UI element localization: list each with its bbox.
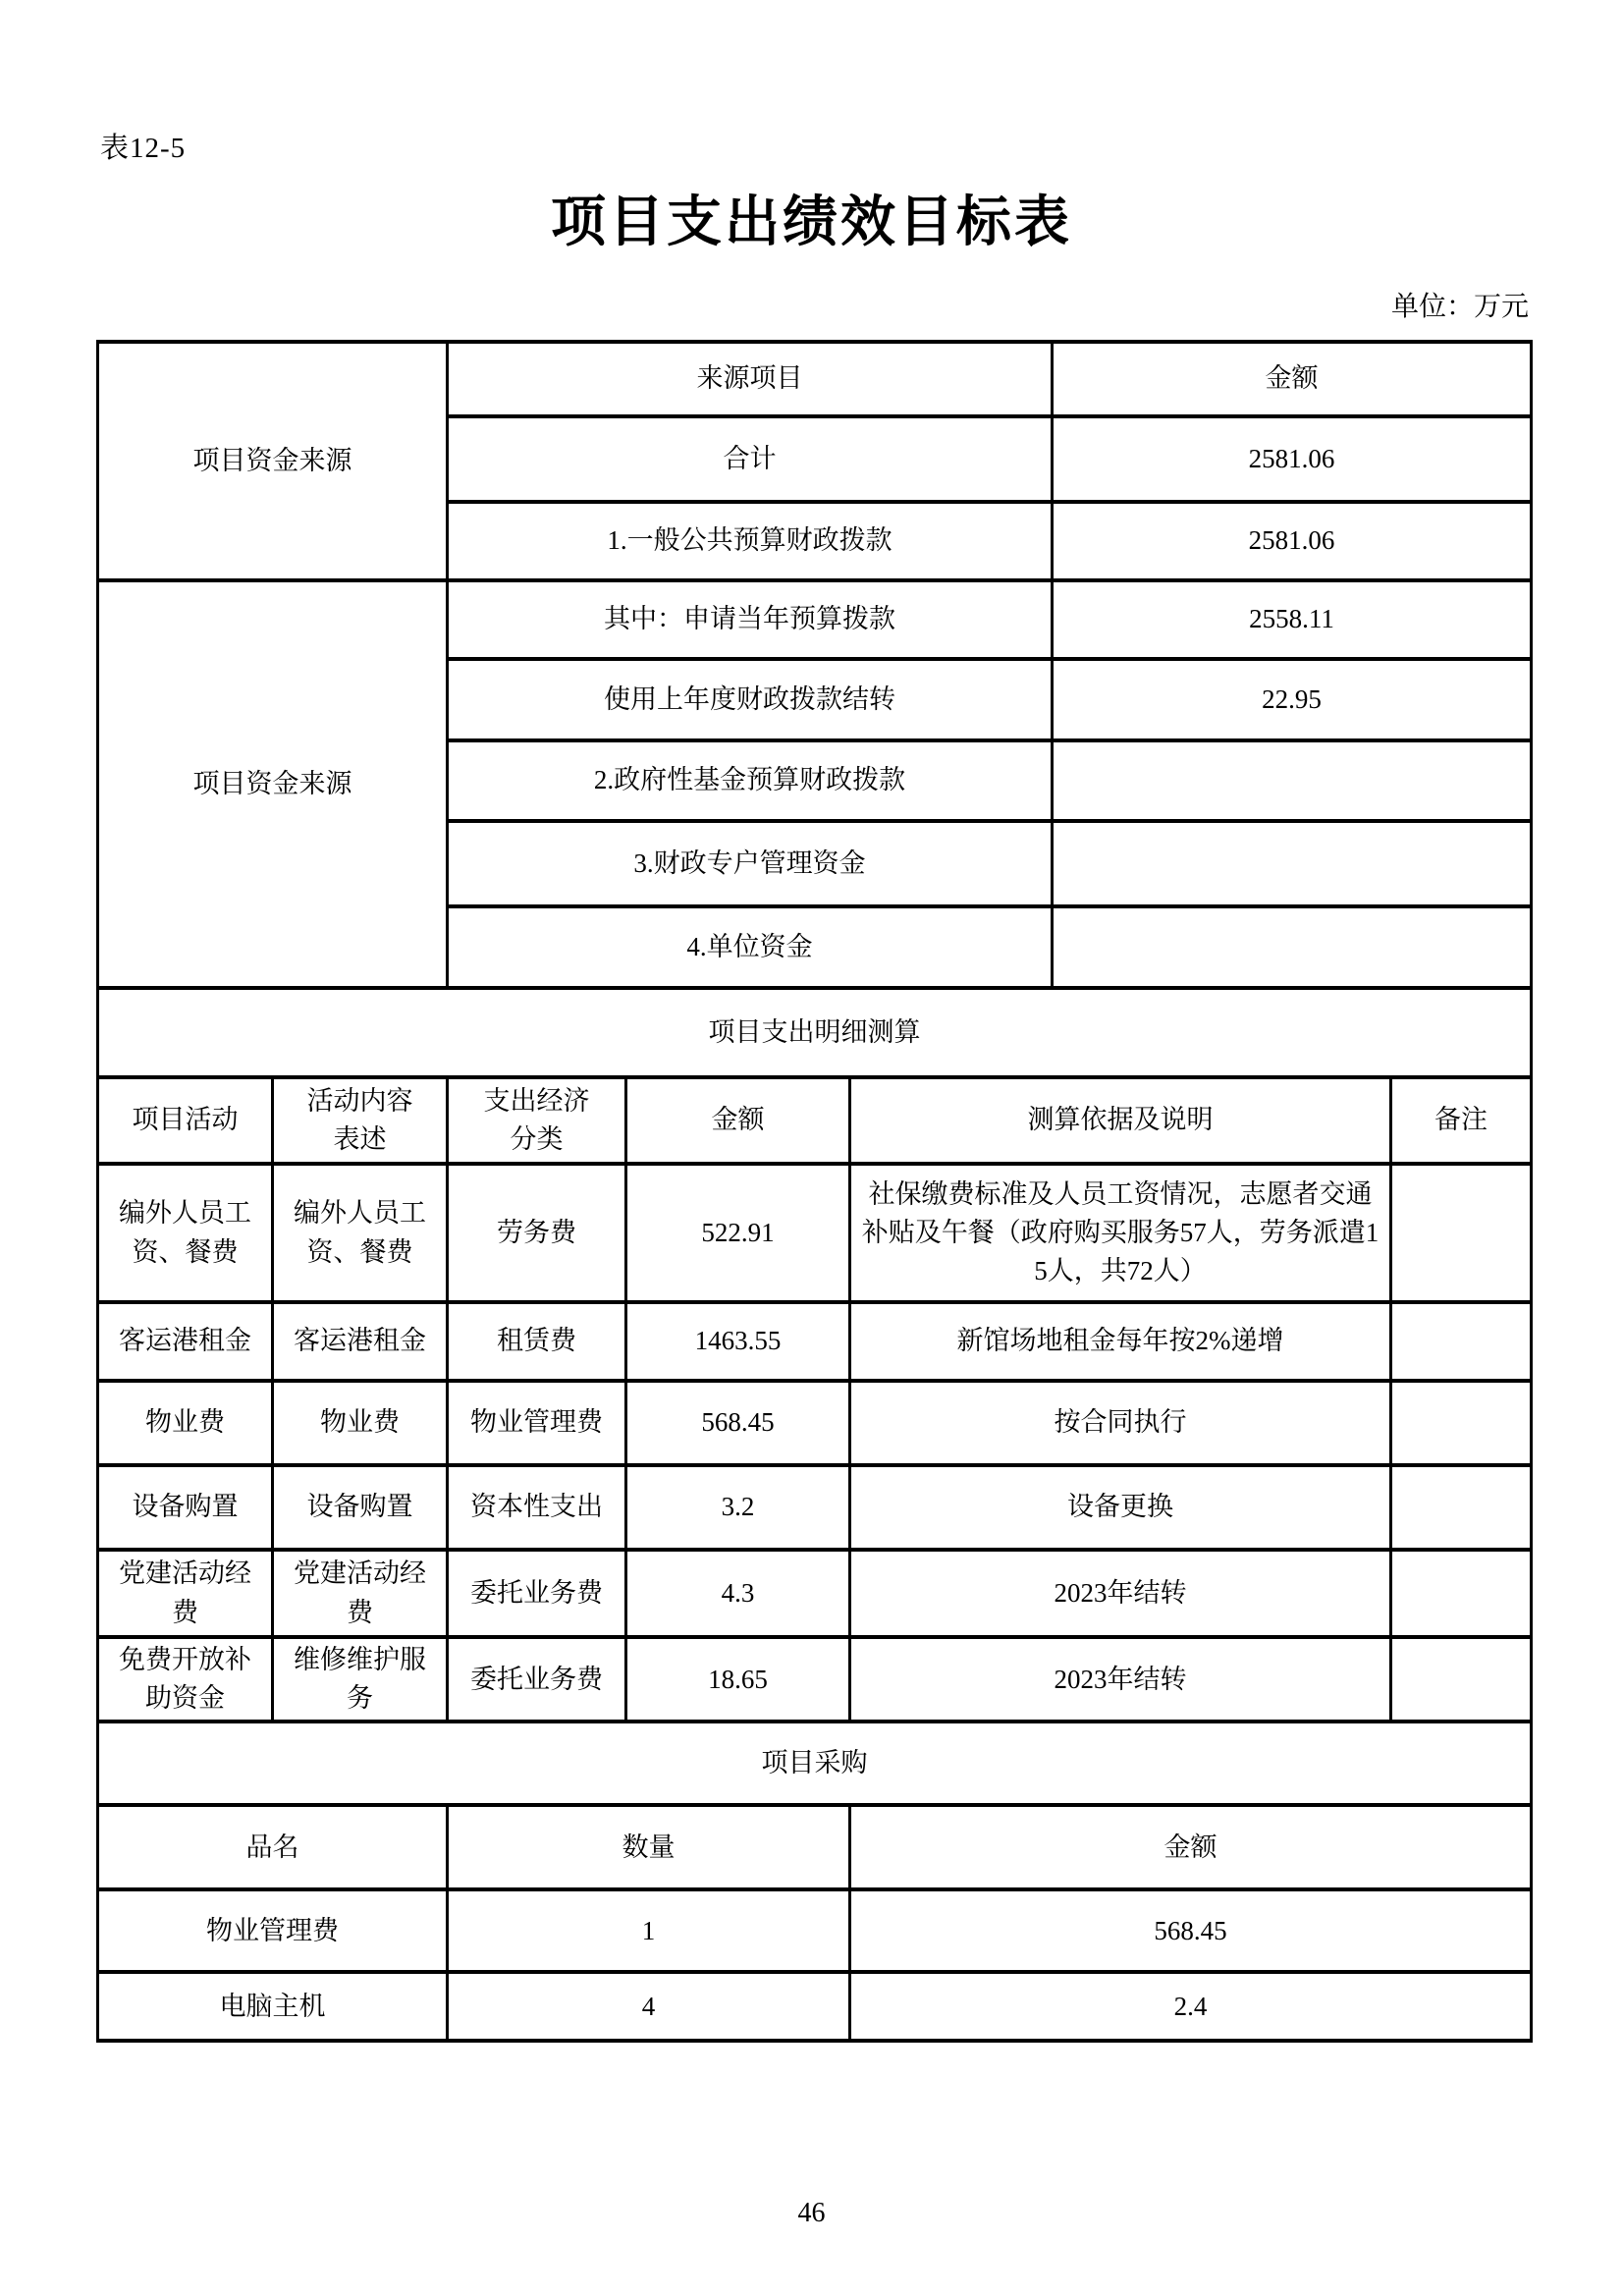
detail-row: 免费开放补助资金 维修维护服务 委托业务费 18.65 2023年结转	[98, 1637, 1532, 1722]
detail-amount-cell: 18.65	[626, 1637, 850, 1722]
detail-header-basis: 测算依据及说明	[850, 1077, 1391, 1164]
funding-source-rowheader-cell: 项目资金来源	[98, 580, 448, 988]
detail-section-banner: 项目支出明细测算	[98, 988, 1532, 1077]
procurement-header-quantity: 数量	[448, 1805, 850, 1889]
detail-remark-cell	[1391, 1302, 1532, 1381]
detail-row: 党建活动经费 党建活动经费 委托业务费 4.3 2023年结转	[98, 1550, 1532, 1637]
detail-remark-cell	[1391, 1637, 1532, 1722]
procurement-header-item-name: 品名	[98, 1805, 448, 1889]
detail-activity-cell: 编外人员工资、餐费	[98, 1164, 273, 1302]
funding-amount-cell	[1053, 906, 1532, 988]
detail-expense-class-cell: 委托业务费	[448, 1550, 626, 1637]
detail-expense-class-cell: 租赁费	[448, 1302, 626, 1381]
funding-amount-cell: 2581.06	[1053, 502, 1532, 580]
detail-activity-desc-cell: 党建活动经费	[273, 1550, 448, 1637]
detail-row: 客运港租金 客运港租金 租赁费 1463.55 新馆场地租金每年按2%递增	[98, 1302, 1532, 1381]
detail-amount-cell: 522.91	[626, 1164, 850, 1302]
funding-source-rowheader-cell: 项目资金来源	[98, 342, 448, 580]
procurement-banner-row: 项目采购	[98, 1722, 1532, 1805]
detail-activity-desc-cell: 客运港租金	[273, 1302, 448, 1381]
detail-header-remark: 备注	[1391, 1077, 1532, 1164]
detail-banner-row: 项目支出明细测算	[98, 988, 1532, 1077]
unit-note: 单位：万元	[1391, 285, 1529, 324]
funding-label-cell: 3.财政专户管理资金	[448, 821, 1053, 906]
detail-activity-desc-cell: 设备购置	[273, 1465, 448, 1550]
page-title: 项目支出绩效目标表	[0, 179, 1623, 257]
detail-basis-cell: 新馆场地租金每年按2%递增	[850, 1302, 1391, 1381]
performance-target-table: 项目资金来源 来源项目 金额 合计 2581.06 1.一般公共预算财政拨款 2…	[96, 340, 1533, 2043]
document-page: 表12-5 项目支出绩效目标表 单位：万元 项目资金来源 来源项目 金额 合计 …	[0, 0, 1623, 2296]
funding-label-cell: 1.一般公共预算财政拨款	[448, 502, 1053, 580]
funding-label-cell: 4.单位资金	[448, 906, 1053, 988]
procurement-item-name-cell: 物业管理费	[98, 1889, 448, 1972]
detail-activity-desc-cell: 物业费	[273, 1381, 448, 1465]
funding-header-row: 项目资金来源 来源项目 金额	[98, 342, 1532, 416]
detail-basis-cell: 2023年结转	[850, 1637, 1391, 1722]
detail-expense-class-cell: 物业管理费	[448, 1381, 626, 1465]
detail-row: 编外人员工资、餐费 编外人员工资、餐费 劳务费 522.91 社保缴费标准及人员…	[98, 1164, 1532, 1302]
detail-basis-cell: 设备更换	[850, 1465, 1391, 1550]
procurement-amount-cell: 568.45	[850, 1889, 1532, 1972]
procurement-amount-cell: 2.4	[850, 1972, 1532, 2041]
detail-activity-desc-cell: 编外人员工资、餐费	[273, 1164, 448, 1302]
detail-basis-cell: 社保缴费标准及人员工资情况，志愿者交通补贴及午餐（政府购买服务57人，劳务派遣1…	[850, 1164, 1391, 1302]
procurement-item-name-cell: 电脑主机	[98, 1972, 448, 2041]
detail-amount-cell: 1463.55	[626, 1302, 850, 1381]
detail-expense-class-cell: 劳务费	[448, 1164, 626, 1302]
detail-row: 物业费 物业费 物业管理费 568.45 按合同执行	[98, 1381, 1532, 1465]
table-number-label: 表12-5	[100, 126, 186, 166]
detail-header-amount: 金额	[626, 1077, 850, 1164]
procurement-row: 物业管理费 1 568.45	[98, 1889, 1532, 1972]
detail-activity-cell: 客运港租金	[98, 1302, 273, 1381]
detail-header-expense-class: 支出经济 分类	[448, 1077, 626, 1164]
detail-remark-cell	[1391, 1550, 1532, 1637]
procurement-quantity-cell: 1	[448, 1889, 850, 1972]
procurement-header-row: 品名 数量 金额	[98, 1805, 1532, 1889]
funding-label-cell: 2.政府性基金预算财政拨款	[448, 740, 1053, 821]
detail-header-row: 项目活动 活动内容 表述 支出经济 分类 金额 测算依据及说明 备注	[98, 1077, 1532, 1164]
detail-header-activity: 项目活动	[98, 1077, 273, 1164]
funding-label-cell: 合计	[448, 416, 1053, 502]
funding-amount-cell: 2558.11	[1053, 580, 1532, 659]
detail-activity-desc-cell: 维修维护服务	[273, 1637, 448, 1722]
detail-amount-cell: 568.45	[626, 1381, 850, 1465]
funding-label-cell: 其中：申请当年预算拨款	[448, 580, 1053, 659]
detail-activity-cell: 免费开放补助资金	[98, 1637, 273, 1722]
source-item-header-cell: 来源项目	[448, 342, 1053, 416]
detail-basis-cell: 2023年结转	[850, 1550, 1391, 1637]
detail-remark-cell	[1391, 1465, 1532, 1550]
procurement-row: 电脑主机 4 2.4	[98, 1972, 1532, 2041]
detail-activity-cell: 党建活动经费	[98, 1550, 273, 1637]
funding-amount-cell	[1053, 821, 1532, 906]
funding-amount-cell: 22.95	[1053, 659, 1532, 740]
page-number: 46	[0, 2198, 1623, 2229]
detail-expense-class-cell: 资本性支出	[448, 1465, 626, 1550]
procurement-header-amount: 金额	[850, 1805, 1532, 1889]
funding-amount-cell	[1053, 740, 1532, 821]
detail-expense-class-cell: 委托业务费	[448, 1637, 626, 1722]
funding-amount-cell: 2581.06	[1053, 416, 1532, 502]
detail-remark-cell	[1391, 1381, 1532, 1465]
detail-header-activity-desc: 活动内容 表述	[273, 1077, 448, 1164]
detail-activity-cell: 设备购置	[98, 1465, 273, 1550]
funding-label-cell: 使用上年度财政拨款结转	[448, 659, 1053, 740]
detail-remark-cell	[1391, 1164, 1532, 1302]
procurement-quantity-cell: 4	[448, 1972, 850, 2041]
detail-amount-cell: 3.2	[626, 1465, 850, 1550]
detail-amount-cell: 4.3	[626, 1550, 850, 1637]
amount-header-cell: 金额	[1053, 342, 1532, 416]
procurement-section-banner: 项目采购	[98, 1722, 1532, 1805]
detail-basis-cell: 按合同执行	[850, 1381, 1391, 1465]
funding-row: 项目资金来源 其中：申请当年预算拨款 2558.11	[98, 580, 1532, 659]
detail-row: 设备购置 设备购置 资本性支出 3.2 设备更换	[98, 1465, 1532, 1550]
detail-activity-cell: 物业费	[98, 1381, 273, 1465]
